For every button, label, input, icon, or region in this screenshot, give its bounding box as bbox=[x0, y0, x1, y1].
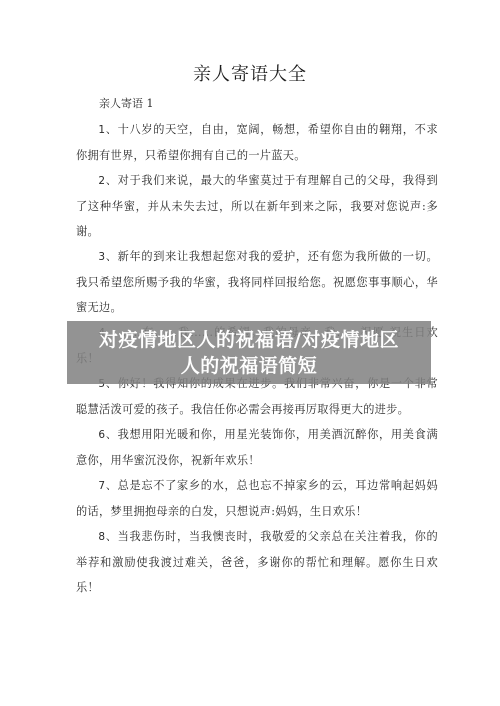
banner-title-line-2: 人的祝福语简短 bbox=[181, 353, 318, 379]
banner-title-line-1: 对疫情地区人的祝福语/对疫情地区 bbox=[99, 327, 399, 353]
paragraph-3: 3、新年的到来让我想起您对我的爱护，还有您为我所做的一切。我只希望您所赐予我的华… bbox=[76, 244, 438, 320]
section-heading: 亲人寄语 1 bbox=[99, 95, 154, 111]
paragraph-text: 、总是忘不了家乡的水，总也忘不掉家乡的云，耳边常响起妈妈的话，梦里拥抱母亲的白发… bbox=[76, 479, 438, 518]
paragraph-6: 6、我想用阳光暖和你，用星光装饰你，用美酒沉醉你，用美食满意你，用华蜜沉没你，祝… bbox=[76, 422, 438, 473]
paragraph-text: 、当我悲伤时，当我懊丧时，我敬爱的父亲总在关注着我，你的举荐和激励使我渡过难关，… bbox=[76, 530, 438, 594]
paragraph-1: 1、十八岁的天空，自由，宽阔，畅想，希望你自由的翱翔，不求你拥有世界，只希望你拥… bbox=[76, 117, 438, 168]
paragraph-text: 、新年的到来让我想起您对我的爱护，还有您为我所做的一切。我只希望您所赐予我的华蜜… bbox=[76, 250, 438, 314]
document-title: 亲人寄语大全 bbox=[0, 60, 500, 86]
paragraph-text: 、我想用阳光暖和你，用星光装饰你，用美酒沉醉你，用美食满意你，用华蜜沉没你，祝新… bbox=[76, 428, 438, 467]
title-banner-overlay: 对疫情地区人的祝福语/对疫情地区 人的祝福语简短 bbox=[67, 321, 431, 384]
paragraph-2: 2、对于我们来说，最大的华蜜莫过于有理解自己的父母，我得到了这种华蜜，并从未失去… bbox=[76, 168, 438, 244]
paragraph-8: 8、当我悲伤时，当我懊丧时，我敬爱的父亲总在关注着我，你的举荐和激励使我渡过难关… bbox=[76, 524, 438, 600]
paragraph-text: 、十八岁的天空，自由，宽阔，畅想，希望你自由的翱翔，不求你拥有世界，只希望你拥有… bbox=[76, 123, 438, 162]
paragraph-text: 、对于我们来说，最大的华蜜莫过于有理解自己的父母，我得到了这种华蜜，并从未失去过… bbox=[76, 174, 438, 238]
document-page: 亲人寄语大全 亲人寄语 1 1、十八岁的天空，自由，宽阔，畅想，希望你自由的翱翔… bbox=[0, 0, 500, 706]
paragraph-7: 7、总是忘不了家乡的水，总也忘不掉家乡的云，耳边常响起妈妈的话，梦里拥抱母亲的白… bbox=[76, 473, 438, 524]
